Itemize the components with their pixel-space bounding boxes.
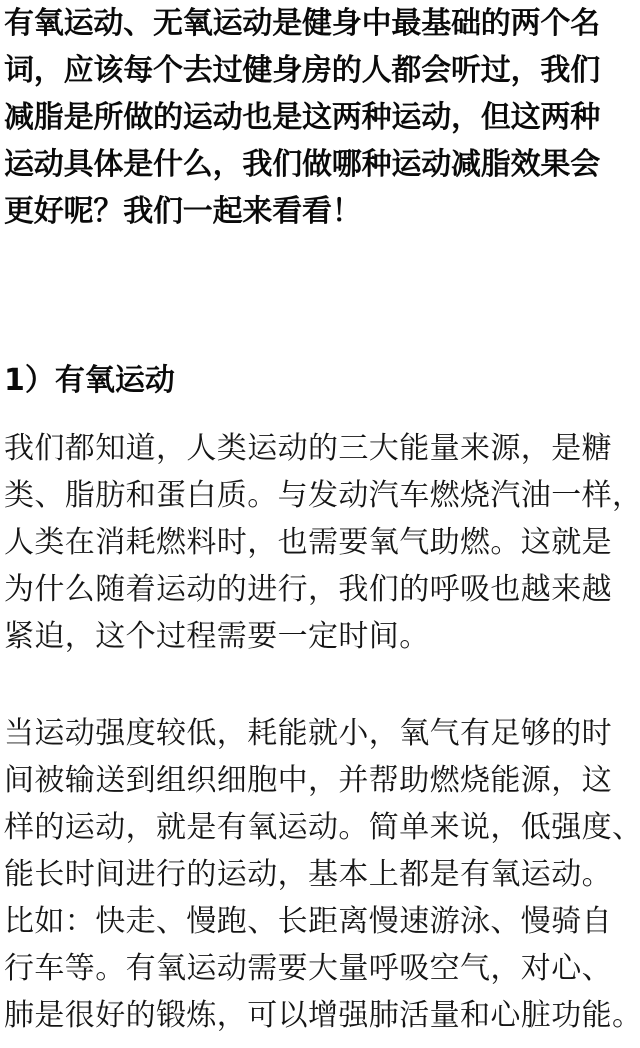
body-paragraph-energy-sources: 我们都知道，人类运动的三大能量来源，是糖 类、脂肪和蛋白质。与发动汽车燃烧汽油一… bbox=[4, 425, 640, 660]
text-line: 能长时间进行的运动，基本上都是有氧运动。 bbox=[4, 851, 640, 898]
text-line: 样的运动，就是有氧运动。简单来说，低强度、 bbox=[4, 804, 640, 851]
text-line: 比如：快走、慢跑、长距离慢速游泳、慢骑自 bbox=[4, 898, 640, 945]
text-line: 行车等。有氧运动需要大量呼吸空气，对心、 bbox=[4, 945, 640, 992]
text-line: 间被输送到组织细胞中，并帮助燃烧能源，这 bbox=[4, 757, 640, 804]
text-line: 词，应该每个去过健身房的人都会听过，我们 bbox=[4, 47, 640, 94]
body-paragraph-aerobic-definition: 当运动强度较低，耗能就小，氧气有足够的时 间被输送到组织细胞中，并帮助燃烧能源，… bbox=[4, 710, 640, 1039]
text-line: 当运动强度较低，耗能就小，氧气有足够的时 bbox=[4, 710, 640, 757]
section-heading: 1）有氧运动 bbox=[4, 357, 175, 404]
text-line: 肺是很好的锻炼，可以增强肺活量和心脏功能。 bbox=[4, 992, 640, 1039]
text-line: 运动具体是什么，我们做哪种运动减脂效果会 bbox=[4, 141, 640, 188]
text-line: 为什么随着运动的进行，我们的呼吸也越来越 bbox=[4, 566, 640, 613]
article-content: 有氧运动、无氧运动是健身中最基础的两个名 词，应该每个去过健身房的人都会听过，我… bbox=[0, 0, 640, 1048]
text-line: 减脂是所做的运动也是这两种运动，但这两种 bbox=[4, 94, 640, 141]
text-line: 人类在消耗燃料时，也需要氧气助燃。这就是 bbox=[4, 519, 640, 566]
intro-paragraph: 有氧运动、无氧运动是健身中最基础的两个名 词，应该每个去过健身房的人都会听过，我… bbox=[4, 0, 640, 235]
text-line: 更好呢？我们一起来看看！ bbox=[4, 188, 640, 235]
text-line: 紧迫，这个过程需要一定时间。 bbox=[4, 613, 640, 660]
text-line: 我们都知道，人类运动的三大能量来源，是糖 bbox=[4, 425, 640, 472]
text-line: 有氧运动、无氧运动是健身中最基础的两个名 bbox=[4, 0, 640, 47]
text-line: 类、脂肪和蛋白质。与发动汽车燃烧汽油一样， bbox=[4, 472, 640, 519]
